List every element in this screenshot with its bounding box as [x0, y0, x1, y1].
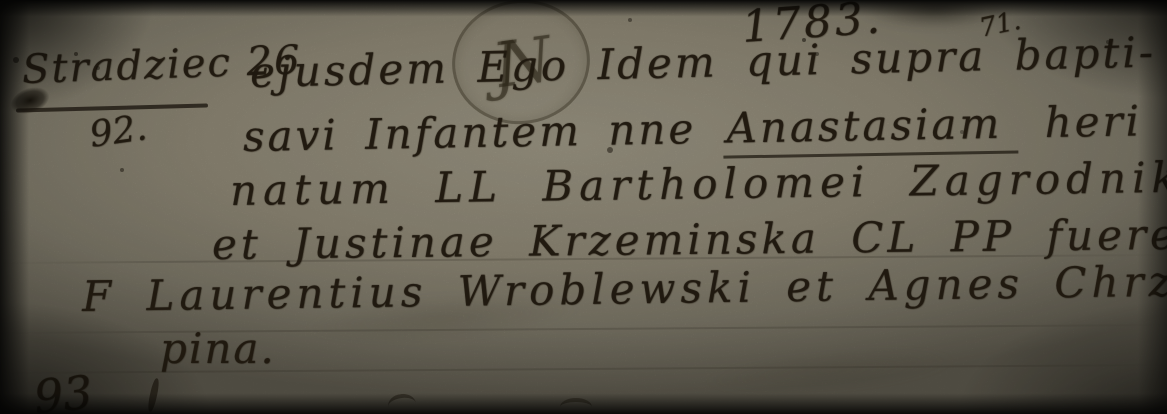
- place-name: Stradziec: [21, 40, 232, 93]
- cropped-pen-stroke: [560, 398, 592, 414]
- record-number: 92.: [87, 110, 149, 154]
- line2-suffix: heri: [1018, 96, 1143, 147]
- baptismal-name-underlined: Anastasiam: [722, 98, 1019, 158]
- entry-line-2: savi Infantem nne Anastasiam heri: [243, 100, 1143, 158]
- entry-line-1: ejusdem Ego Idem qui supra bapti-: [250, 31, 1157, 94]
- line2-prefix: savi Infantem nne: [243, 104, 723, 161]
- next-record-number: 93: [32, 369, 94, 414]
- ink-specks: [0, 0, 4, 4]
- register-page-photo: JN 1783. 71. Stradziec 26 92. ejusdem Eg…: [0, 0, 1167, 414]
- ink-blot: [7, 82, 53, 118]
- cropped-pen-stroke: [387, 392, 418, 414]
- ink-bleedthrough: [699, 339, 962, 404]
- entry-line-3: natum LL Bartholomei Zagrodnik: [230, 157, 1167, 212]
- entry-line-6: pina.: [160, 328, 276, 370]
- cropped-pen-stroke: [147, 378, 161, 413]
- entry-line-5: F Laurentius Wroblewski et Agnes Chrza: [82, 260, 1167, 318]
